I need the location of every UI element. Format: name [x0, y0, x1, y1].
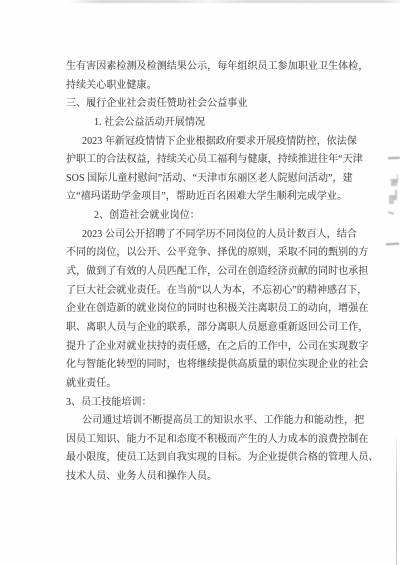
doc-line: 生有害因素检测及检测结果公示，每年组织员工参加职业卫生体检，	[66, 58, 368, 77]
scanned-document-page: 生有害因素检测及检测结果公示，每年组织员工参加职业卫生体检， 持续关心职业健康。…	[0, 0, 400, 565]
margin-pencil-dash	[386, 243, 399, 246]
doc-line: 职、离职人员与企业的联系，部分离职人员愿意重新返回公司工作，	[66, 319, 368, 338]
doc-line: 最小限度，使员工达到自我实现的目标。为企业提供合格的管理人员、	[66, 449, 368, 468]
document-text-block: 生有害因素检测及检测结果公示，每年组织员工参加职业卫生体检， 持续关心职业健康。…	[66, 58, 368, 487]
doc-line: 立“禧玛诺助学金项目”，帮助近百名困难大学生顺利完成学业。	[66, 188, 368, 207]
margin-pencil-scribble	[388, 183, 395, 195]
doc-subheading: 2、创造社会就业岗位：	[66, 207, 368, 226]
doc-line: 护职工的合法权益，持续关心员工福利与健康，持续推进往年“天津	[66, 151, 368, 170]
doc-line: 2023 年新冠疫情情下企业根据政府要求开展疫情防控，依法保	[66, 133, 368, 152]
doc-section-heading: 三、履行企业社会责任赞助社会公益事业	[66, 95, 368, 114]
doc-line: 不同的岗位，以公开、公平竞争、择优的原则，采取不同的甄别的方	[66, 244, 368, 263]
margin-pencil-tick	[388, 211, 394, 214]
doc-line: 式，做到了有效的人员匹配工作，公司在创造经济贡献的同时也承担	[66, 263, 368, 282]
doc-line: 了巨大社会就业责任。在当前“以人为本，不忘初心”的精神感召下，	[66, 282, 368, 301]
doc-line: SOS 国际儿童村慰问”活动、“天津市东丽区老人院慰问活动”，建	[66, 170, 368, 189]
doc-line: 2023 公司公开招聘了不同学历不同岗位的人员计数百人，结合	[66, 226, 368, 245]
doc-subheading: 3、员工技能培训：	[66, 394, 368, 413]
doc-line: 化与智能化转型的同时，也将继续提供高质量的职位实现企业的社会	[66, 356, 368, 375]
margin-pencil-dash	[388, 157, 400, 159]
doc-line: 就业责任。	[66, 375, 368, 394]
doc-line: 提升了企业对就业扶持的责任感，在之后的工作中，公司在实现数字	[66, 338, 368, 357]
doc-line: 企业在创造新的就业岗位的同时也积极关注离职员工的动向，增强在	[66, 300, 368, 319]
scan-edge-line	[396, 438, 397, 565]
doc-line: 技术人员、业务人员和操作人员。	[66, 468, 368, 487]
doc-line: 公司通过培训不断提高员工的知识水平、工作能力和能动性，把	[66, 412, 368, 431]
doc-subheading: 1. 社会公益活动开展情况	[66, 114, 368, 133]
margin-pencil-scribble	[389, 169, 397, 179]
scan-top-smudge	[0, 0, 400, 3]
doc-line: 因员工知识、能力不足和态度不积极而产生的人力成本的浪费控制在	[66, 431, 368, 450]
doc-line: 持续关心职业健康。	[66, 77, 368, 96]
